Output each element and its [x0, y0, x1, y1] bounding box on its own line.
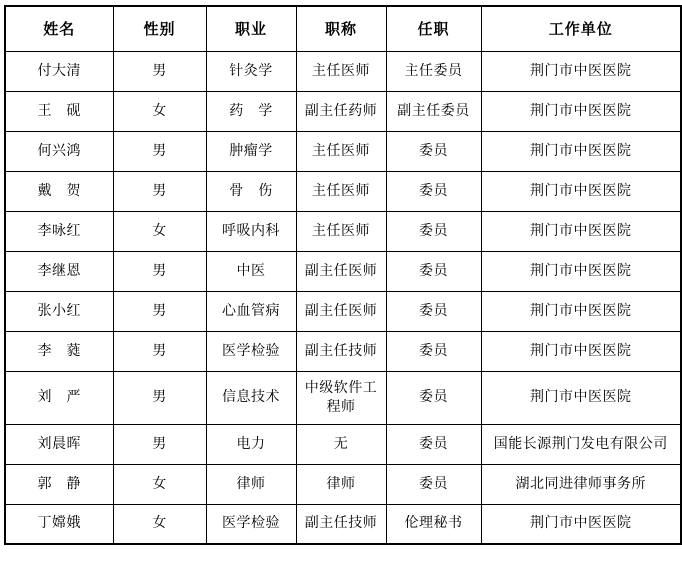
- table-cell: 男: [113, 424, 206, 464]
- table-cell: 李继恩: [5, 251, 113, 291]
- table-cell: 委员: [386, 211, 481, 251]
- document-page: 姓名性别职业职称任职工作单位 付大清男针灸学主任医师主任委员荆门市中医医院王 砚…: [0, 0, 682, 565]
- table-header-row: 姓名性别职业职称任职工作单位: [5, 6, 681, 51]
- table-cell: 男: [113, 251, 206, 291]
- table-cell: 主任委员: [386, 51, 481, 91]
- table-row: 戴 贺男骨 伤主任医师委员荆门市中医医院: [5, 171, 681, 211]
- table-cell: 刘 严: [5, 371, 113, 424]
- table-row: 王 砚女药 学副主任药师副主任委员荆门市中医医院: [5, 91, 681, 131]
- table-cell: 女: [113, 504, 206, 544]
- table-cell: 荆门市中医医院: [481, 371, 681, 424]
- column-header-3: 职业: [206, 6, 296, 51]
- table-cell: 主任医师: [296, 51, 386, 91]
- table-row: 李继恩男中医副主任医师委员荆门市中医医院: [5, 251, 681, 291]
- table-cell: 中医: [206, 251, 296, 291]
- table-cell: 何兴鸿: [5, 131, 113, 171]
- table-cell: 委员: [386, 331, 481, 371]
- table-cell: 委员: [386, 371, 481, 424]
- table-cell: 戴 贺: [5, 171, 113, 211]
- table-cell: 女: [113, 464, 206, 504]
- table-row: 李 蕤男医学检验副主任技师委员荆门市中医医院: [5, 331, 681, 371]
- table-cell: 主任医师: [296, 171, 386, 211]
- table-cell: 委员: [386, 464, 481, 504]
- table-cell: 李 蕤: [5, 331, 113, 371]
- table-cell: 男: [113, 331, 206, 371]
- table-cell: 荆门市中医医院: [481, 211, 681, 251]
- table-row: 李咏红女呼吸内科主任医师委员荆门市中医医院: [5, 211, 681, 251]
- table-cell: 主任医师: [296, 131, 386, 171]
- table-cell: 荆门市中医医院: [481, 291, 681, 331]
- column-header-1: 姓名: [5, 6, 113, 51]
- table-cell: 无: [296, 424, 386, 464]
- table-cell: 张小红: [5, 291, 113, 331]
- table-cell: 副主任药师: [296, 91, 386, 131]
- table-cell: 男: [113, 171, 206, 211]
- table-row: 张小红男心血管病副主任医师委员荆门市中医医院: [5, 291, 681, 331]
- column-header-2: 性别: [113, 6, 206, 51]
- table-cell: 中级软件工程师: [296, 371, 386, 424]
- table-cell: 王 砚: [5, 91, 113, 131]
- table-cell: 荆门市中医医院: [481, 331, 681, 371]
- table-cell: 副主任医师: [296, 251, 386, 291]
- table-cell: 副主任医师: [296, 291, 386, 331]
- table-cell: 荆门市中医医院: [481, 171, 681, 211]
- table-cell: 副主任技师: [296, 504, 386, 544]
- table-cell: 湖北同进律师事务所: [481, 464, 681, 504]
- table-cell: 针灸学: [206, 51, 296, 91]
- column-header-6: 工作单位: [481, 6, 681, 51]
- table-cell: 副主任技师: [296, 331, 386, 371]
- table-cell: 律师: [296, 464, 386, 504]
- table-cell: 付大清: [5, 51, 113, 91]
- table-cell: 荆门市中医医院: [481, 51, 681, 91]
- table-cell: 郭 静: [5, 464, 113, 504]
- table-cell: 药 学: [206, 91, 296, 131]
- table-cell: 伦理秘书: [386, 504, 481, 544]
- column-header-5: 任职: [386, 6, 481, 51]
- table-cell: 女: [113, 91, 206, 131]
- table-row: 刘晨晖男电力无委员国能长源荆门发电有限公司: [5, 424, 681, 464]
- table-cell: 男: [113, 131, 206, 171]
- table-body: 付大清男针灸学主任医师主任委员荆门市中医医院王 砚女药 学副主任药师副主任委员荆…: [5, 51, 681, 544]
- table-cell: 荆门市中医医院: [481, 91, 681, 131]
- table-cell: 荆门市中医医院: [481, 504, 681, 544]
- table-cell: 男: [113, 291, 206, 331]
- table-cell: 主任医师: [296, 211, 386, 251]
- table-cell: 呼吸内科: [206, 211, 296, 251]
- table-cell: 委员: [386, 291, 481, 331]
- table-cell: 副主任委员: [386, 91, 481, 131]
- table-cell: 丁嫦娥: [5, 504, 113, 544]
- table-cell: 刘晨晖: [5, 424, 113, 464]
- table-row: 刘 严男信息技术中级软件工程师委员荆门市中医医院: [5, 371, 681, 424]
- table-cell: 医学检验: [206, 331, 296, 371]
- table-cell: 肿瘤学: [206, 131, 296, 171]
- table-cell: 委员: [386, 251, 481, 291]
- table-row: 何兴鸿男肿瘤学主任医师委员荆门市中医医院: [5, 131, 681, 171]
- table-cell: 女: [113, 211, 206, 251]
- table-cell: 委员: [386, 171, 481, 211]
- table-cell: 律师: [206, 464, 296, 504]
- column-header-4: 职称: [296, 6, 386, 51]
- table-row: 付大清男针灸学主任医师主任委员荆门市中医医院: [5, 51, 681, 91]
- table-cell: 电力: [206, 424, 296, 464]
- table-cell: 心血管病: [206, 291, 296, 331]
- table-cell: 荆门市中医医院: [481, 251, 681, 291]
- table-cell: 信息技术: [206, 371, 296, 424]
- table-cell: 骨 伤: [206, 171, 296, 211]
- table-row: 郭 静女律师律师委员湖北同进律师事务所: [5, 464, 681, 504]
- table-cell: 医学检验: [206, 504, 296, 544]
- table-cell: 男: [113, 371, 206, 424]
- committee-member-table: 姓名性别职业职称任职工作单位 付大清男针灸学主任医师主任委员荆门市中医医院王 砚…: [4, 5, 682, 545]
- table-cell: 荆门市中医医院: [481, 131, 681, 171]
- table-cell: 国能长源荆门发电有限公司: [481, 424, 681, 464]
- table-row: 丁嫦娥女医学检验副主任技师伦理秘书荆门市中医医院: [5, 504, 681, 544]
- table-cell: 李咏红: [5, 211, 113, 251]
- table-cell: 男: [113, 51, 206, 91]
- table-cell: 委员: [386, 424, 481, 464]
- table-header: 姓名性别职业职称任职工作单位: [5, 6, 681, 51]
- table-cell: 委员: [386, 131, 481, 171]
